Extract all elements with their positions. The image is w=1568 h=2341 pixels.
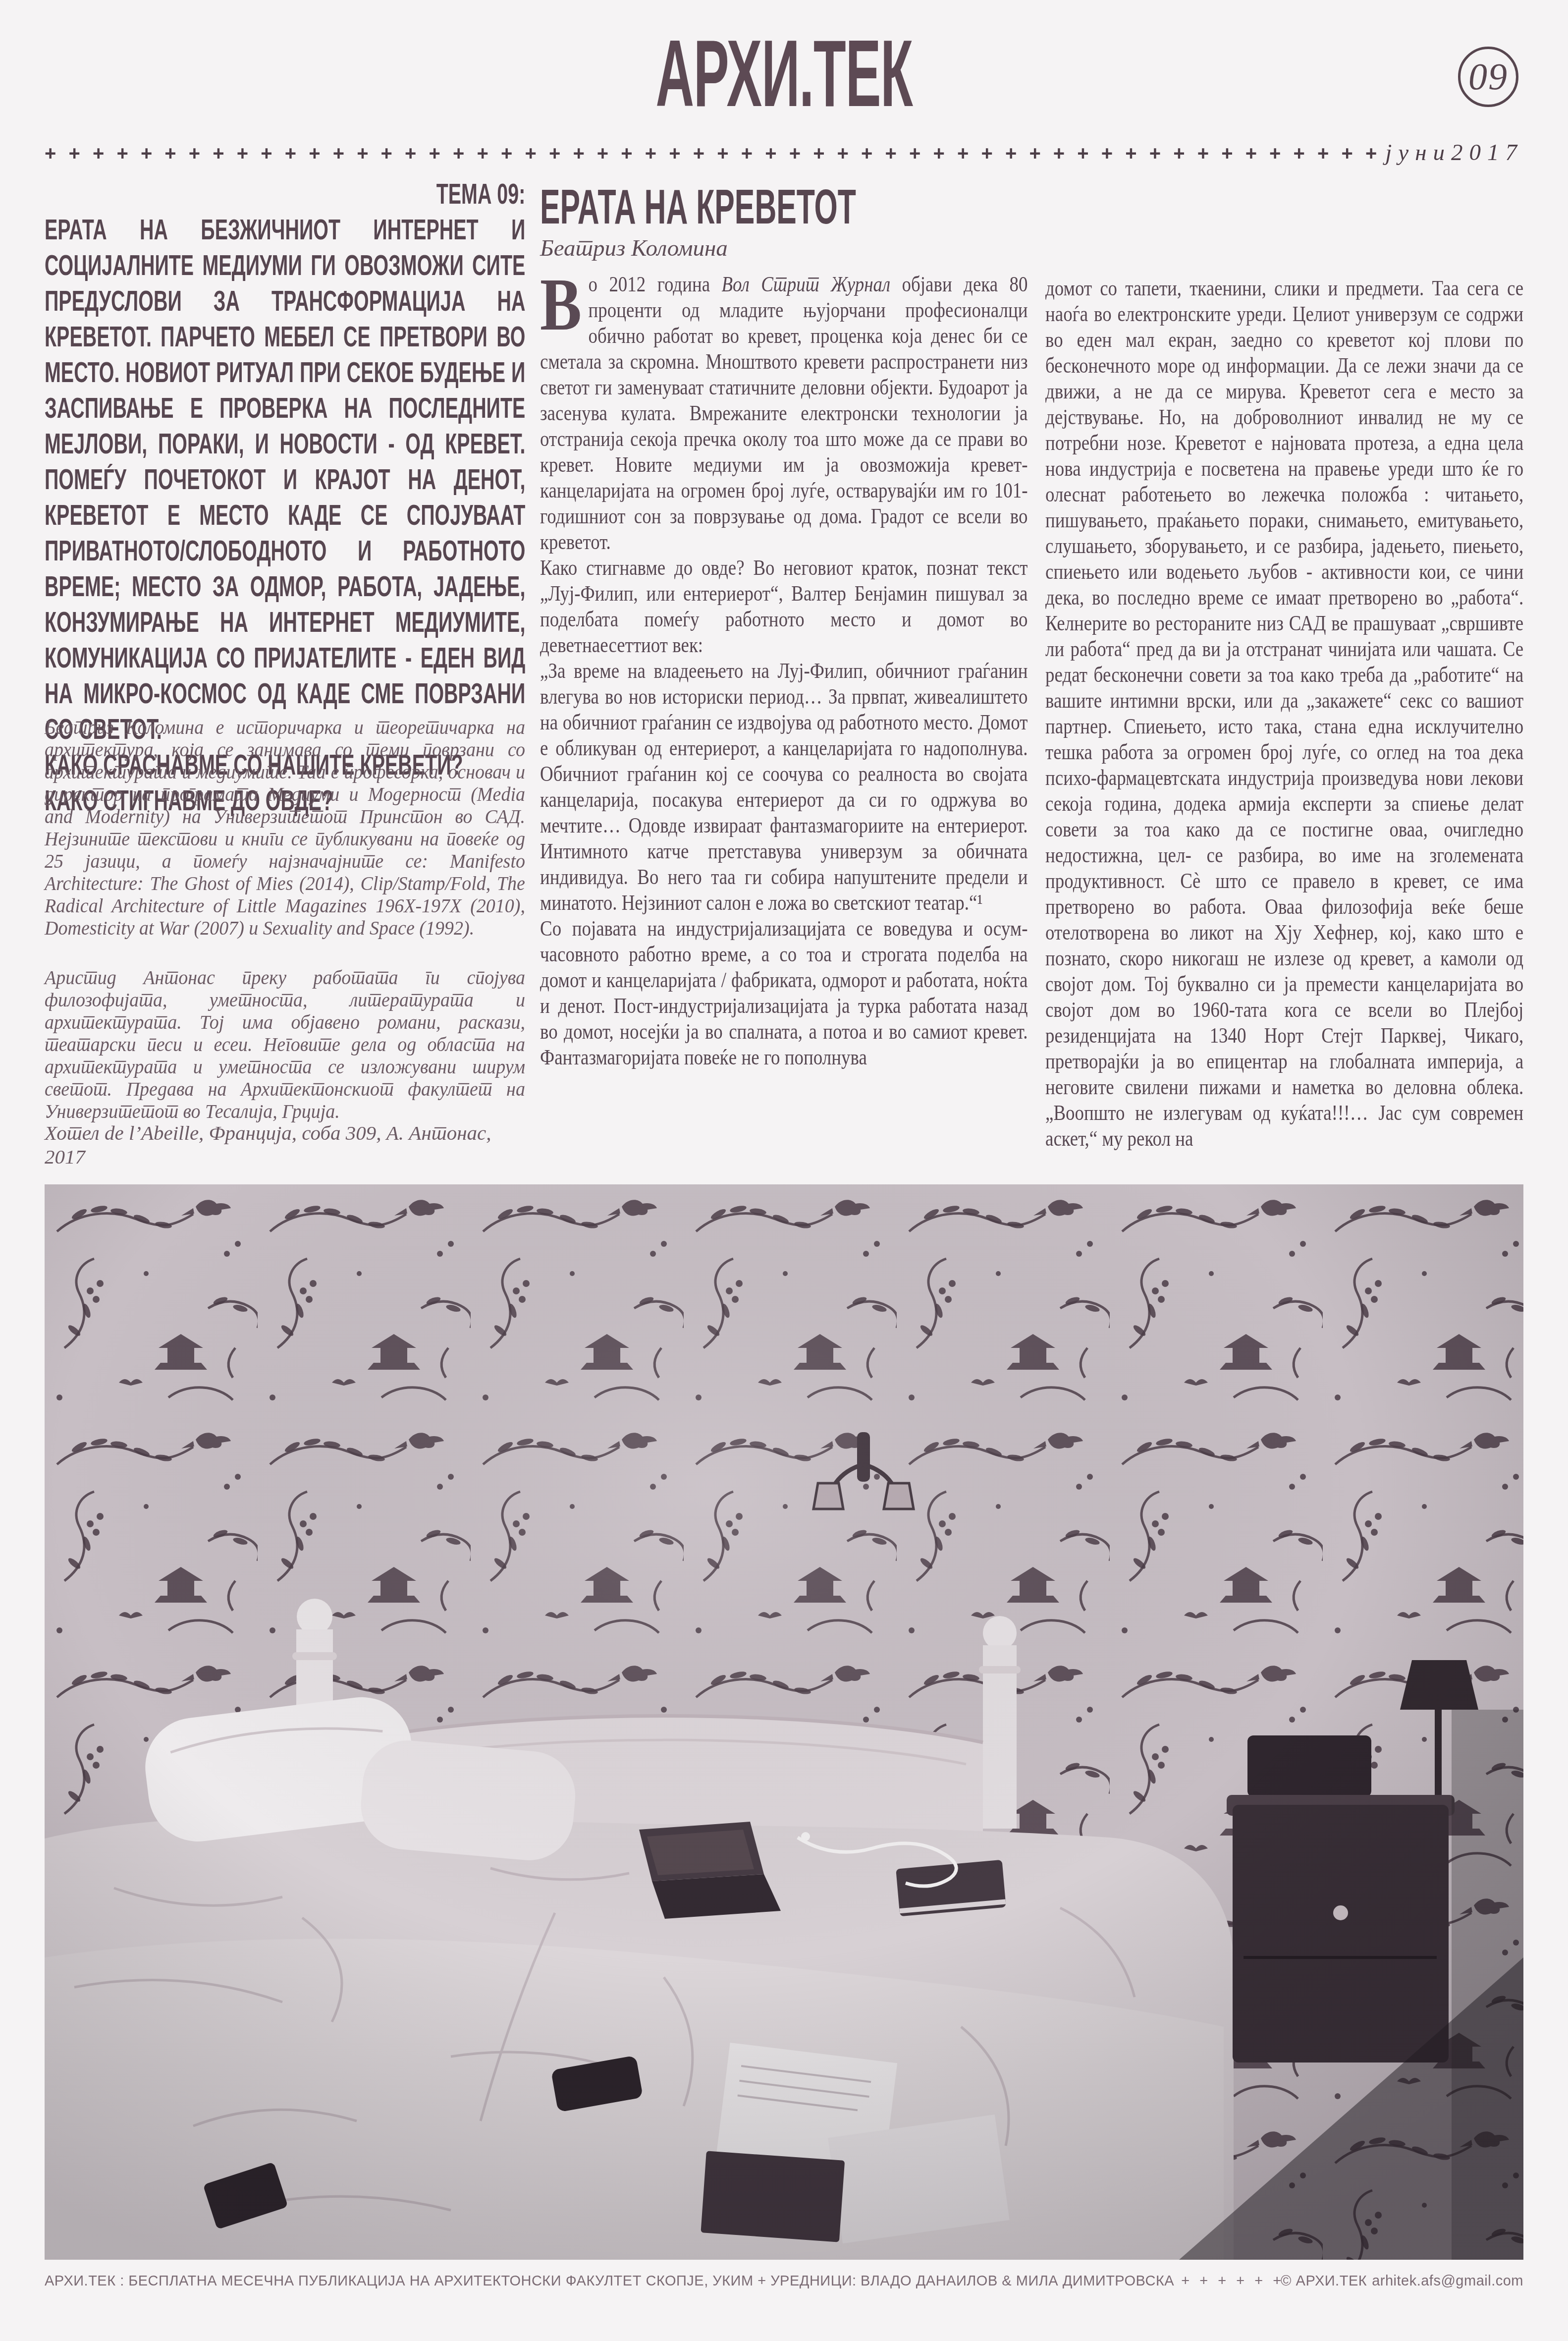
article-paragraph-4: Со појавата на индустријализацијата се в… <box>540 916 1027 1070</box>
photo-vignette <box>45 1184 1523 2260</box>
page-number-badge: 09 <box>1458 47 1518 107</box>
issue-date: јуни2017 <box>1376 139 1523 166</box>
article-paragraph-2: Како стигнавме до овде? Во неговиот крат… <box>540 555 1027 658</box>
page-footer: АРХИ.ТЕК : БЕСПЛАТНА МЕСЕЧНА ПУБЛИКАЦИЈА… <box>45 2273 1523 2290</box>
magazine-title: АРХИ.ТЕК <box>655 26 912 121</box>
bio-antonas: Аристид Антонас преку работата ги спојув… <box>45 966 525 1122</box>
page-number: 09 <box>1468 56 1508 99</box>
footer-plus-filler: + + + + + + + + + + + + + + + + + + + + … <box>1174 2273 1281 2290</box>
article-column-3: домот со тапети, ткаенини, слики и предм… <box>1045 276 1523 1152</box>
footer-email: arhitek.afs@gmail.com <box>1367 2273 1523 2290</box>
article-author: Беатриз Коломина <box>540 235 1028 262</box>
masthead: АРХИ.ТЕК <box>0 26 1568 121</box>
paragraph-text: о 2012 година <box>588 272 721 296</box>
photo-caption: Хотел de l’Abeille, Франција, соба 309, … <box>45 1121 525 1169</box>
article-paragraph-continued: домот со тапети, ткаенини, слики и предм… <box>1045 276 1523 1152</box>
footer-copyright: © АРХИ.ТЕК <box>1281 2273 1367 2290</box>
theme-headline: ЕРАТА НА БЕЗЖИЧНИОТ ИНТЕРНЕТ И СОЦИЈАЛНИ… <box>45 212 525 747</box>
drop-cap: В <box>540 272 588 334</box>
plus-divider-glyphs: + + + + + + + + + + + + + + + + + + + + … <box>45 144 1376 164</box>
plus-divider: + + + + + + + + + + + + + + + + + + + + … <box>45 139 1523 166</box>
theme-kicker: ТЕМА 09: <box>45 176 525 212</box>
magazine-page: { "colors": { "ink": "#574650", "accent_… <box>0 0 1568 2341</box>
footer-imprint: АРХИ.ТЕК : БЕСПЛАТНА МЕСЕЧНА ПУБЛИКАЦИЈА… <box>45 2273 1174 2290</box>
journal-name: Вол Стрит Журнал <box>722 272 891 296</box>
bed-photo-illustration <box>45 1184 1523 2260</box>
article-title-wrap: ЕРАТА НА КРЕВЕТОТ <box>540 182 1028 231</box>
bed-photo <box>45 1184 1523 2260</box>
article-quote: „За време на владеењето на Луј-Филип, об… <box>540 658 1027 916</box>
paragraph-text: објави дека 80 проценти од младите њујор… <box>540 272 1027 554</box>
author-bios: Беатриз Коломина е историчарка и теорети… <box>45 716 525 1150</box>
bio-colomina: Беатриз Коломина е историчарка и теорети… <box>45 716 525 939</box>
article-title: ЕРАТА НА КРЕВЕТОТ <box>540 182 856 231</box>
article-column-2: Во 2012 година Вол Стрит Журнал објави д… <box>540 272 1028 1070</box>
article-paragraph-1: Во 2012 година Вол Стрит Журнал објави д… <box>540 272 1027 555</box>
